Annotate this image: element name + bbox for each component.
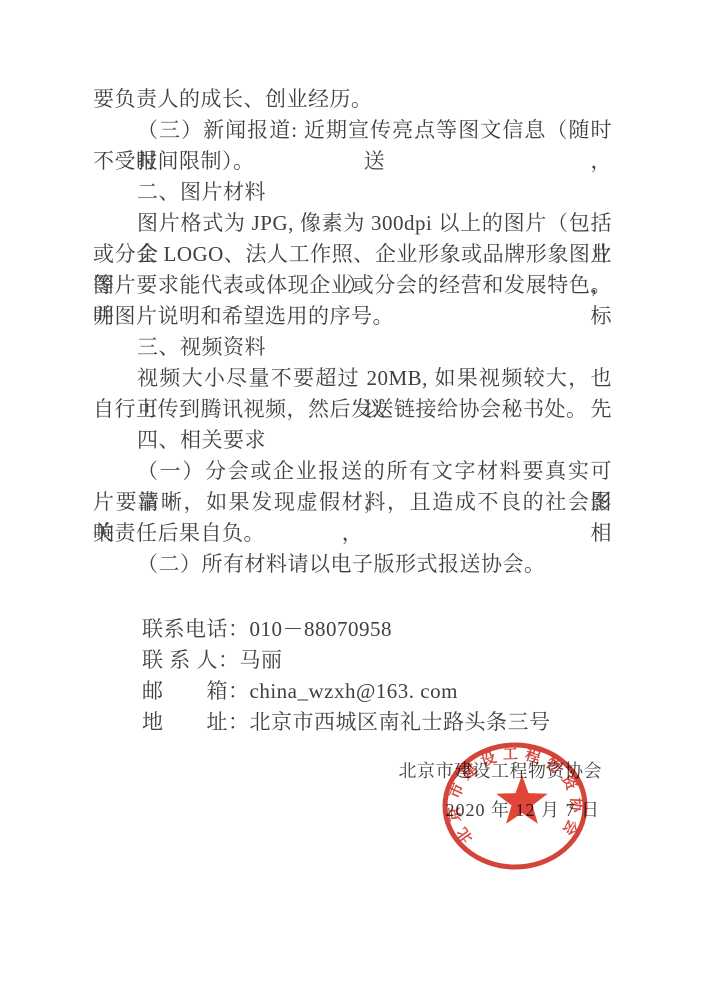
signature-date: 2020 年 12 月 7 日 — [93, 791, 602, 830]
document-page: 要负责人的成长、创业经历。 （三）新闻报道: 近期宣传亮点等图文信息（随时报送，… — [0, 0, 707, 1000]
organization-name: 北京市建设工程物资协会 — [93, 752, 602, 791]
section-heading: 三、视频资料 — [93, 332, 612, 363]
document-content: 要负责人的成长、创业经历。 （三）新闻报道: 近期宣传亮点等图文信息（随时报送，… — [93, 84, 612, 830]
body-line: 片要清晰，如果发现虚假材料，且造成不良的社会影响，相 — [93, 487, 612, 518]
body-line: 自行上传到腾讯视频，然后发送链接给协会秘书处。 — [93, 394, 612, 425]
body-line: （二）所有材料请以电子版形式报送协会。 — [93, 549, 612, 580]
body-line: 视频大小尽量不要超过 20MB, 如果视频较大，也可以先 — [93, 363, 612, 394]
body-line: 要负责人的成长、创业经历。 — [93, 84, 612, 115]
contact-person: 联 系 人：马丽 — [142, 645, 612, 676]
body-line: （一）分会或企业报送的所有文字材料要真实可靠，图 — [93, 456, 612, 487]
section-heading: 二、图片材料 — [93, 177, 612, 208]
body-line: 图片格式为 JPG, 像素为 300dpi 以上的图片（包括企业 — [93, 208, 612, 239]
signature-block: 北京市建设工程物资协会 2020 年 12 月 7 日 — [93, 752, 612, 830]
body-line: 或分会 LOGO、法人工作照、企业形象或品牌形象图片等）。 — [93, 239, 612, 270]
body-line: 图片要求能代表或体现企业或分会的经营和发展特色，并标 — [93, 270, 612, 301]
contact-email: 邮 箱：china_wzxh@163. com — [142, 676, 612, 707]
contact-address: 地 址：北京市西城区南礼士路头条三号 — [142, 707, 612, 738]
contact-phone: 联系电话：010－88070958 — [142, 614, 612, 645]
body-line: （三）新闻报道: 近期宣传亮点等图文信息（随时报送， — [93, 115, 612, 146]
body-text: 要负责人的成长、创业经历。 （三）新闻报道: 近期宣传亮点等图文信息（随时报送，… — [93, 84, 612, 580]
section-heading: 四、相关要求 — [93, 425, 612, 456]
contact-block: 联系电话：010－88070958 联 系 人：马丽 邮 箱：china_wzx… — [142, 614, 612, 738]
